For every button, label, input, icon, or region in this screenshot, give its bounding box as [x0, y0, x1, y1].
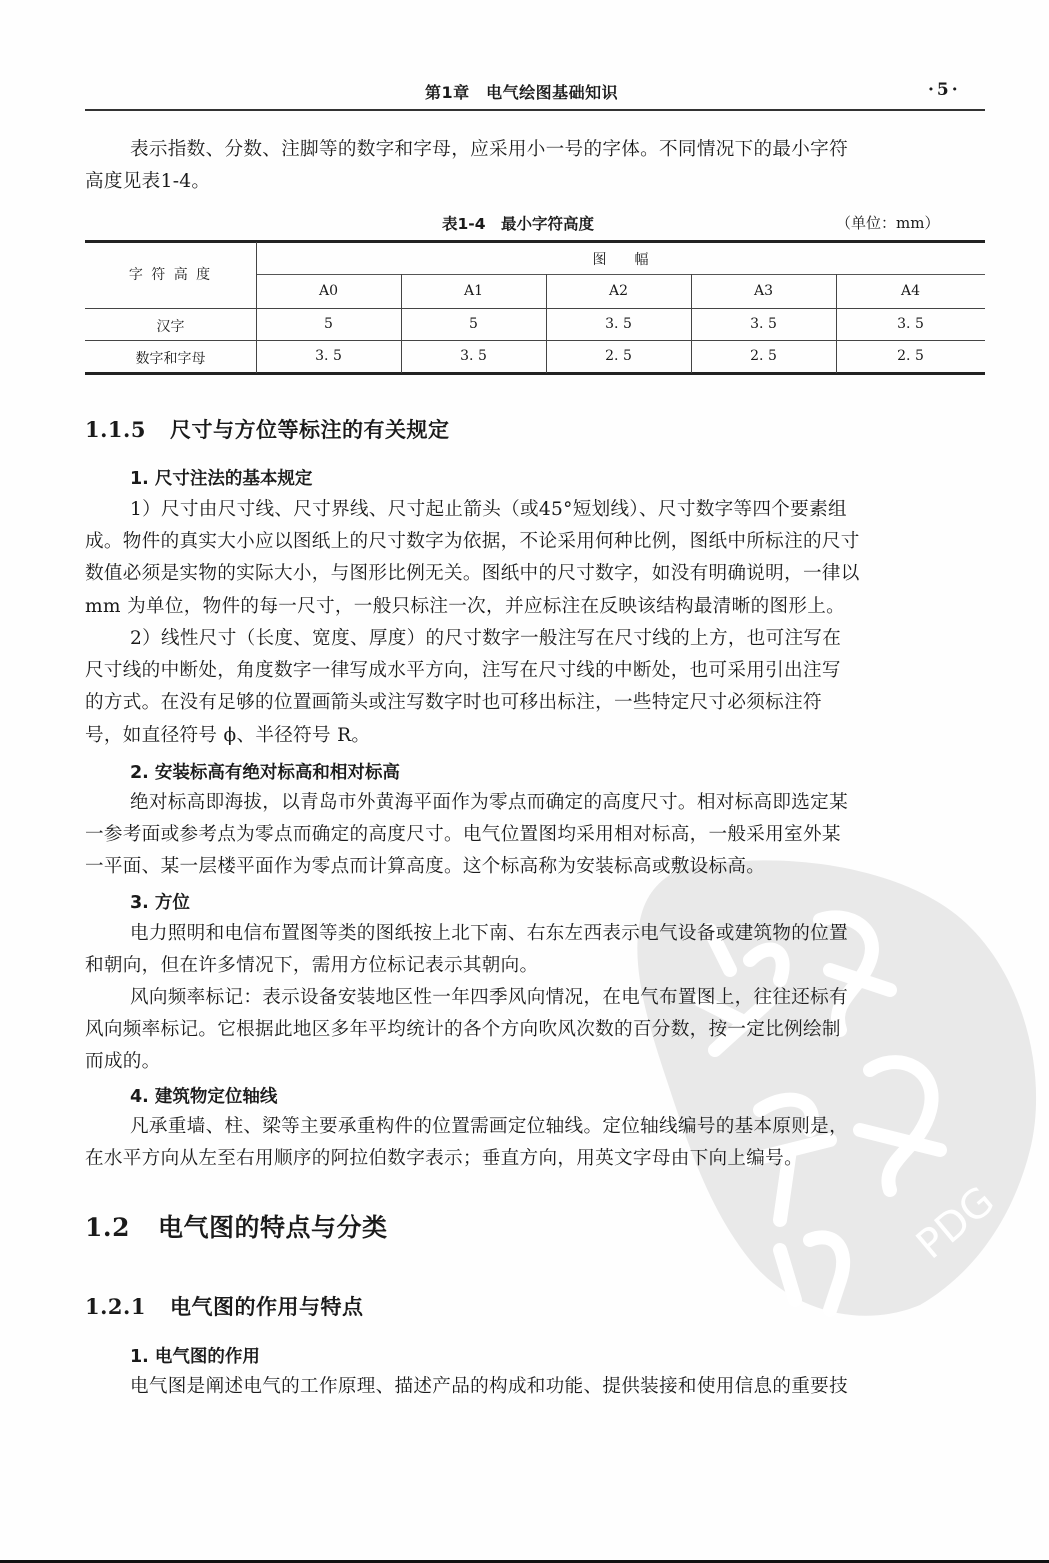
- text-line: 而成的。: [85, 1046, 985, 1078]
- subheading-1: 1. 尺寸注法的基本规定: [130, 465, 312, 490]
- section-heading-1-1-5: 1.1.5尺寸与方位等标注的有关规定: [85, 414, 449, 444]
- table-unit: （单位：mm）: [836, 212, 939, 233]
- section-heading-1-2: 1.2电气图的特点与分类: [85, 1208, 388, 1244]
- text-line: 号，如直径符号 ϕ、半径符号 R。: [85, 720, 985, 752]
- text-line: 电气图是阐述电气的工作原理、描述产品的构成和功能、提供装接和使用信息的重要技: [130, 1376, 848, 1397]
- section-number: 1.1.5: [85, 417, 146, 442]
- section-number: 1.2: [85, 1213, 130, 1242]
- column-header: A0: [256, 283, 401, 299]
- paragraph-orientation: 电力照明和电信布置图等类的图纸按上北下南、右东左西表示电气设备或建筑物的位置 和…: [85, 918, 985, 982]
- paragraph-elevation: 绝对标高即海拔，以青岛市外黄海平面作为零点而确定的高度尺寸。相对标高即选定某 一…: [85, 787, 985, 884]
- text-line: 的方式。在没有足够的位置画箭头或注写数字时也可移出标注，一些特定尺寸必须标注符: [85, 687, 985, 719]
- table-cell: 5: [256, 316, 401, 332]
- paragraph-electrical-diagram: 电气图是阐述电气的工作原理、描述产品的构成和功能、提供装接和使用信息的重要技: [85, 1371, 985, 1403]
- section-heading-1-2-1: 1.2.1电气图的作用与特点: [85, 1291, 363, 1321]
- section-title: 尺寸与方位等标注的有关规定: [170, 418, 450, 442]
- subheading-4: 4. 建筑物定位轴线: [130, 1083, 277, 1108]
- row-header-label: 字 符 高 度: [85, 264, 256, 284]
- text-line: 凡承重墙、柱、梁等主要承重构件的位置需画定位轴线。定位轴线编号的基本原则是，: [130, 1116, 848, 1137]
- text-line: 风向频率标记：表示设备安装地区性一年四季风向情况，在电气布置图上，往往还标有: [130, 987, 848, 1008]
- text-line: 数值必须是实物的实际大小，与图形比例无关。图纸中的尺寸数字，如没有明确说明，一律…: [85, 558, 985, 590]
- intro-paragraph: 表示指数、分数、注脚等的数字和字母，应采用小一号的字体。不同情况下的最小字符 高…: [85, 134, 985, 198]
- table-bottom-rule: [85, 372, 985, 375]
- page-number: ·5·: [928, 80, 961, 100]
- header-rule: [85, 109, 985, 111]
- column-header: A2: [546, 283, 691, 299]
- text-line: 和朝向，但在许多情况下，需用方位标记表示其朝向。: [85, 950, 985, 982]
- subheading-3: 3. 方位: [130, 889, 190, 914]
- row-label: 汉字: [85, 316, 256, 336]
- section-number: 1.2.1: [85, 1294, 146, 1319]
- text-line: 电力照明和电信布置图等类的图纸按上北下南、右东左西表示电气设备或建筑物的位置: [130, 923, 848, 944]
- text-line: 高度见表1-4。: [85, 171, 210, 192]
- chapter-title: 第1章 电气绘图基础知识: [425, 80, 618, 103]
- table-cell: 2. 5: [546, 348, 691, 364]
- table-cell: 3. 5: [691, 316, 836, 332]
- table-cell: 3. 5: [256, 348, 401, 364]
- text-line: 一平面、某一层楼平面作为零点而计算高度。这个标高称为安装标高或敷设标高。: [85, 851, 985, 883]
- text-line: 绝对标高即海拔，以青岛市外黄海平面作为零点而确定的高度尺寸。相对标高即选定某: [130, 792, 848, 813]
- table-cell: 5: [401, 316, 546, 332]
- text-line: mm 为单位，物件的每一尺寸，一般只标注一次，并应标注在反映该结构最清晰的图形上…: [85, 591, 985, 623]
- text-line: 风向频率标记。它根据此地区多年平均统计的各个方向吹风次数的百分数，按一定比例绘制: [85, 1014, 985, 1046]
- table-caption: 表1-4 最小字符高度 （单位：mm）: [0, 212, 1049, 236]
- min-char-height-table: 字 符 高 度 图 幅 A0 A1 A2 A3 A4 汉字 5 5 3. 5 3…: [85, 240, 985, 375]
- column-header: A3: [691, 283, 836, 299]
- section-title: 电气图的特点与分类: [158, 1213, 388, 1242]
- table-cell: 2. 5: [691, 348, 836, 364]
- column-header: A4: [836, 283, 985, 299]
- text-line: 2）线性尺寸（长度、宽度、厚度）的尺寸数字一般注写在尺寸线的上方，也可注写在: [130, 628, 841, 649]
- column-header: A1: [401, 283, 546, 299]
- paragraph-axis-lines: 凡承重墙、柱、梁等主要承重构件的位置需画定位轴线。定位轴线编号的基本原则是， 在…: [85, 1111, 985, 1175]
- table-top-rule: [85, 240, 985, 243]
- text-line: 表示指数、分数、注脚等的数字和字母，应采用小一号的字体。不同情况下的最小字符: [130, 139, 848, 160]
- table-row-rule: [85, 340, 985, 341]
- table-title: 表1-4 最小字符高度: [442, 212, 594, 234]
- text-line: 一参考面或参考点为零点而确定的高度尺寸。电气位置图均采用相对标高，一般采用室外某: [85, 819, 985, 851]
- svg-text:PDG: PDG: [908, 1178, 1003, 1268]
- paragraph-linear-dimensions: 2）线性尺寸（长度、宽度、厚度）的尺寸数字一般注写在尺寸线的上方，也可注写在 尺…: [85, 623, 985, 752]
- text-line: 在水平方向从左至右用顺序的阿拉伯数字表示；垂直方向，用英文字母由下向上编号。: [85, 1143, 985, 1175]
- table-group-rule: [256, 274, 985, 275]
- table-cell: 2. 5: [836, 348, 985, 364]
- text-line: 尺寸线的中断处，角度数字一律写成水平方向，注写在尺寸线的中断处，也可采用引出注写: [85, 655, 985, 687]
- table-cell: 3. 5: [401, 348, 546, 364]
- table-header-rule: [85, 308, 985, 309]
- section-title: 电气图的作用与特点: [170, 1295, 364, 1319]
- subheading-electrical-diagram-role: 1. 电气图的作用: [130, 1343, 260, 1368]
- paragraph-wind-frequency: 风向频率标记：表示设备安装地区性一年四季风向情况，在电气布置图上，往往还标有 风…: [85, 982, 985, 1079]
- table-cell: 3. 5: [546, 316, 691, 332]
- running-head: 第1章 电气绘图基础知识 ·5·: [0, 80, 1049, 108]
- row-label: 数字和字母: [85, 348, 256, 368]
- paragraph-dimension-elements: 1）尺寸由尺寸线、尺寸界线、尺寸起止箭头（或45°短划线）、尺寸数字等四个要素组…: [85, 494, 985, 623]
- group-header: 图 幅: [256, 249, 985, 269]
- table-cell: 3. 5: [836, 316, 985, 332]
- subheading-2: 2. 安装标高有绝对标高和相对标高: [130, 759, 400, 784]
- text-line: 1）尺寸由尺寸线、尺寸界线、尺寸起止箭头（或45°短划线）、尺寸数字等四个要素组: [130, 499, 847, 520]
- text-line: 成。物件的真实大小应以图纸上的尺寸数字为依据，不论采用何种比例，图纸中所标注的尺…: [85, 526, 985, 558]
